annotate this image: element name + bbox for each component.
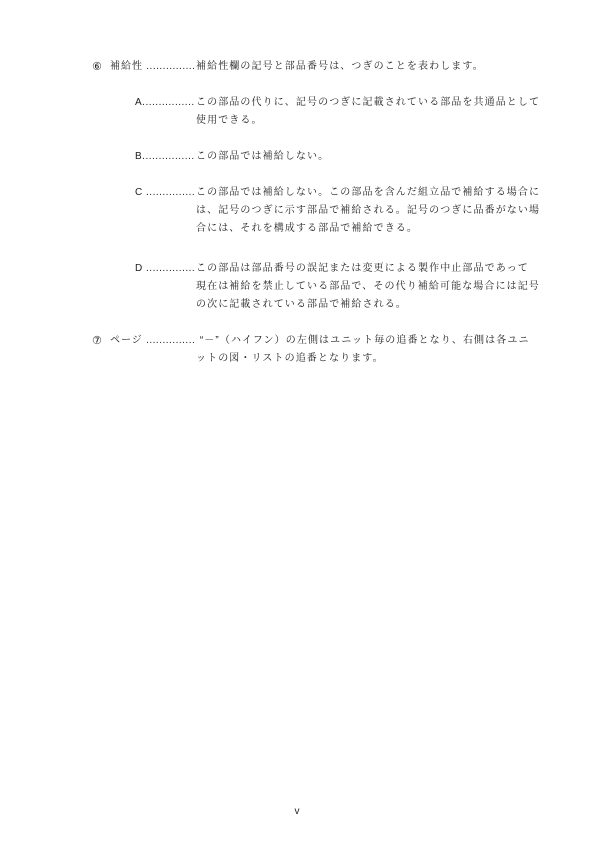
entry-page-head: ⑦ ページ ................ “－”（ハイフン）の左側はユニット…	[92, 332, 557, 368]
page-content: ⑥ 補給性 ................ 補給性欄の記号と部品番号は、つぎの…	[92, 58, 557, 368]
sub-item-c-letterbox: C ................	[135, 184, 196, 202]
sub-item-a-letterbox: A................	[135, 94, 196, 112]
sub-item-c-leader: ................	[143, 187, 196, 198]
sub-item-a-text: この部品の代りに、記号のつぎに記載されている部品を共通品として 使用できる。	[196, 94, 540, 130]
sub-item-d-leader: ................	[143, 263, 196, 274]
sub-item-c-letter: C	[135, 187, 143, 198]
entry-supply-termbox: 補給性 ................	[110, 58, 196, 76]
sub-item-b-letterbox: B................	[135, 148, 196, 166]
document-page: ⑥ 補給性 ................ 補給性欄の記号と部品番号は、つぎの…	[0, 0, 595, 842]
sub-item-a: A................ この部品の代りに、記号のつぎに記載されている…	[135, 94, 557, 130]
entry-supply-term: 補給性	[110, 61, 143, 72]
sub-item-b-text: この部品では補給しない。	[196, 148, 329, 166]
entry-supply: ⑥ 補給性 ................ 補給性欄の記号と部品番号は、つぎの…	[92, 58, 557, 314]
sub-item-d-letterbox: D ................	[135, 260, 196, 278]
sub-item-d-letter: D	[135, 263, 143, 274]
entry-supply-marker: ⑥	[92, 58, 110, 76]
sub-item-b: B................ この部品では補給しない。	[135, 148, 557, 166]
sub-item-c-text: この部品では補給しない。この部品を含んだ組立品で補給する場合に は、記号のつぎに…	[196, 184, 540, 238]
sub-item-d-text: この部品は部品番号の誤記または変更による製作中止部品であって 現在は補給を禁止し…	[196, 260, 540, 314]
sub-item-d: D ................ この部品は部品番号の誤記または変更による製…	[135, 260, 557, 314]
entry-supply-description: 補給性欄の記号と部品番号は、つぎのことを表わします。	[196, 58, 484, 76]
entry-supply-head: ⑥ 補給性 ................ 補給性欄の記号と部品番号は、つぎの…	[92, 58, 557, 76]
sub-item-b-leader: ................	[142, 151, 194, 162]
page-number: v	[0, 803, 595, 821]
entry-page-leader: ................	[143, 335, 196, 346]
entry-page: ⑦ ページ ................ “－”（ハイフン）の左側はユニット…	[92, 332, 557, 368]
entry-page-description: “－”（ハイフン）の左側はユニット毎の追番となり、右側は各ユニ ットの図・リスト…	[196, 332, 530, 368]
entry-supply-leader: ................	[143, 61, 196, 72]
sub-item-a-leader: ................	[142, 97, 194, 108]
entry-page-term: ページ	[110, 335, 143, 346]
entry-page-marker: ⑦	[92, 332, 110, 350]
sub-item-c: C ................ この部品では補給しない。この部品を含んだ組…	[135, 184, 557, 238]
entry-page-termbox: ページ ................	[110, 332, 196, 350]
